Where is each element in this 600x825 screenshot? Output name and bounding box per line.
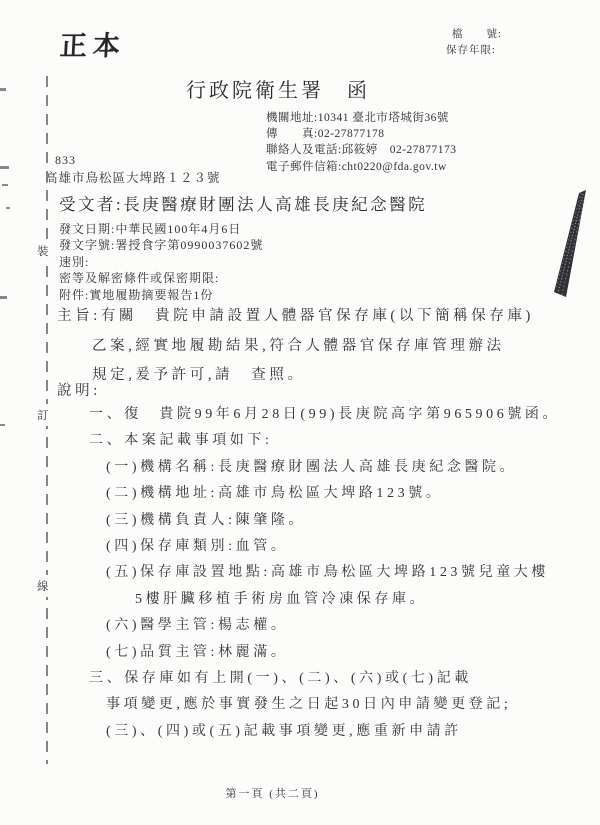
explanation-line: (四)保存庫類別:血管。: [57, 534, 587, 560]
binding-mark-zhuang: 裝: [36, 240, 50, 262]
dispatch-meta-line: 發文字號:署授食字第0990037602號: [59, 237, 263, 253]
scan-artifact-mark: [0, 88, 6, 91]
scan-artifact-mark: [0, 296, 7, 299]
dispatch-meta-line: 發文日期:中華民國100年4月6日: [59, 221, 263, 237]
subject-line: 規定,爰予許可,請 查照。: [57, 361, 577, 391]
subject-line: 主旨:有關 貴院申請設置人體器官保存庫(以下簡稱保存庫): [57, 302, 577, 332]
subject-block: 主旨:有關 貴院申請設置人體器官保存庫(以下簡稱保存庫)乙案,經實地履勘結果,符…: [57, 302, 577, 391]
explanation-line: (三)機構負責人:陳肇隆。: [57, 508, 587, 534]
scan-artifact-mark: [6, 207, 10, 209]
explanation-block: 一、復 貴院99年6月28日(99)長庚院高字第965906號函。二、本案記載事…: [57, 402, 587, 745]
explanation-line: (二)機構地址:高雄市鳥松區大埤路123號。: [57, 481, 587, 507]
retention-period-label: 保存年限:: [446, 42, 496, 57]
agency-contact-line: 電子郵件信箱:cht0220@fda.gov.tw: [266, 159, 457, 175]
agency-contact-line: 傳 真:02-27877178: [266, 126, 457, 142]
scan-artifact-stamp: [548, 184, 594, 304]
explanation-line: 二、本案記載事項如下:: [57, 428, 587, 454]
agency-contact-block: 機關地址:10341 臺北市塔城街36號傳 真:02-27877178聯絡人及電…: [266, 110, 457, 175]
scan-artifact-mark: [0, 424, 5, 426]
dispatch-meta-block: 發文日期:中華民國100年4月6日發文字號:署授食字第0990037602號速別…: [59, 221, 263, 303]
document-title: 行政院衛生署 函: [186, 74, 370, 103]
agency-contact-line: 機關地址:10341 臺北市塔城街36號: [266, 110, 457, 126]
explanation-line: 三、保存庫如有上開(一)、(二)、(六)或(七)記載: [57, 666, 587, 692]
dispatch-meta-line: 附件:實地履勘摘要報告1份: [59, 287, 263, 303]
explanation-line: (五)保存庫設置地點:高雄市鳥松區大埤路123號兒童大樓: [57, 560, 587, 586]
explanation-line: 事項變更,應於事實發生之日起30日內申請變更登記;: [57, 692, 587, 718]
scan-artifact-mark: [0, 166, 9, 169]
recipient-postal-code: 833: [55, 153, 76, 168]
explanation-heading: 說明:: [57, 379, 101, 400]
explanation-line: 5樓肝臟移植手術房血管冷凍保存庫。: [57, 587, 587, 613]
explanation-line: 一、復 貴院99年6月28日(99)長庚院高字第965906號函。: [57, 402, 587, 428]
dispatch-meta-line: 密等及解密條件或保密期限:: [59, 270, 263, 286]
explanation-line: (七)品質主管:林麗滿。: [57, 640, 587, 666]
recipient-address: 高雄市鳥松區大埤路１２３號: [45, 168, 221, 186]
scan-artifact-mark: [2, 184, 8, 186]
explanation-line: (一)機構名稱:長庚醫療財團法人高雄長庚紀念醫院。: [57, 455, 587, 481]
dispatch-meta-line: 速別:: [59, 254, 263, 270]
document-page: 正本 檔 號: 保存年限: 行政院衛生署 函 機關地址:10341 臺北市塔城街…: [0, 0, 600, 825]
explanation-line: (三)、(四)或(五)記載事項變更,應重新申請許: [57, 719, 587, 745]
copy-type-label: 正本: [59, 24, 127, 63]
subject-line: 乙案,經實地履勘結果,符合人體器官保存庫管理辦法: [57, 332, 577, 362]
binding-mark-xian: 線: [36, 575, 50, 597]
page-footer: 第一頁 (共二頁): [0, 785, 545, 801]
explanation-line: (六)醫學主管:楊志權。: [57, 613, 587, 639]
file-number-label: 檔 號:: [452, 26, 502, 41]
binding-mark-ding: 訂: [36, 404, 50, 426]
recipient-line: 受文者:長庚醫療財團法人高雄長庚紀念醫院: [59, 191, 427, 215]
agency-contact-line: 聯絡人及電話:邱筱婷 02-27877173: [266, 142, 457, 158]
